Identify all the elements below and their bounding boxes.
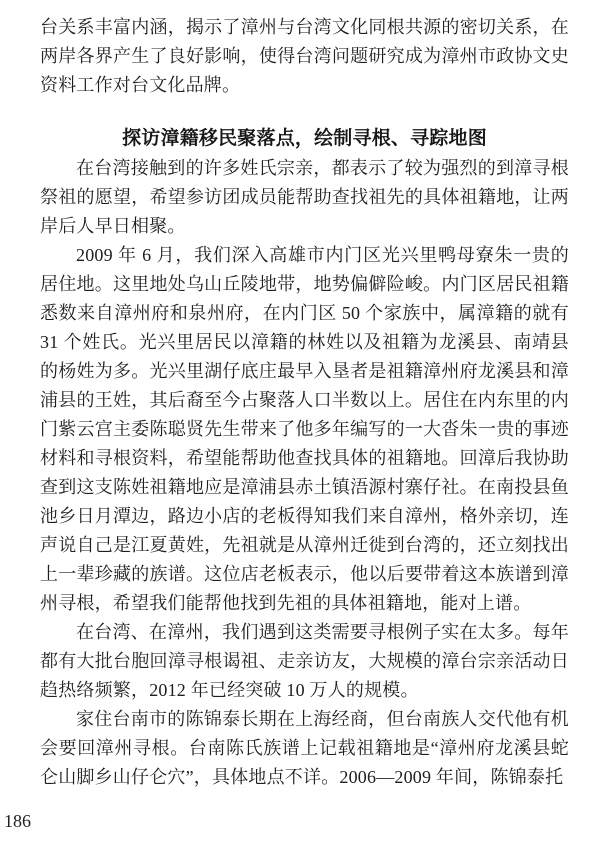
page-body-text: 台关系丰富内涵，揭示了漳州与台湾文化同根共源的密切关系，在两岸各界产生了良好影响… [40,13,569,792]
paragraph-continuation: 台关系丰富内涵，揭示了漳州与台湾文化同根共源的密切关系，在两岸各界产生了良好影响… [40,13,569,100]
paragraph-seeking-roots-wish: 在台湾接触到的许多姓氏宗亲，都表示了较为强烈的到漳寻根祭祖的愿望，希望参访团成员… [40,154,569,241]
section-heading: 探访漳籍移民聚落点，绘制寻根、寻踪地图 [40,124,569,154]
paragraph-chen-jintai: 家住台南市的陈锦泰长期在上海经商，但台南族人交代他有机会要回漳州寻根。台南陈氏族… [40,705,569,792]
document-page: 台关系丰富内涵，揭示了漳州与台湾文化同根共源的密切关系，在两岸各界产生了良好影响… [0,0,600,843]
paragraph-kaohsiung-visit: 2009 年 6 月，我们深入高雄市内门区光兴里鸭母寮朱一贵的居住地。这里地处乌… [40,241,569,618]
paragraph-root-seeking-scale: 在台湾、在漳州，我们遇到这类需要寻根例子实在太多。每年都有大批台胞回漳寻根谒祖、… [40,618,569,705]
page-number: 186 [4,811,31,832]
